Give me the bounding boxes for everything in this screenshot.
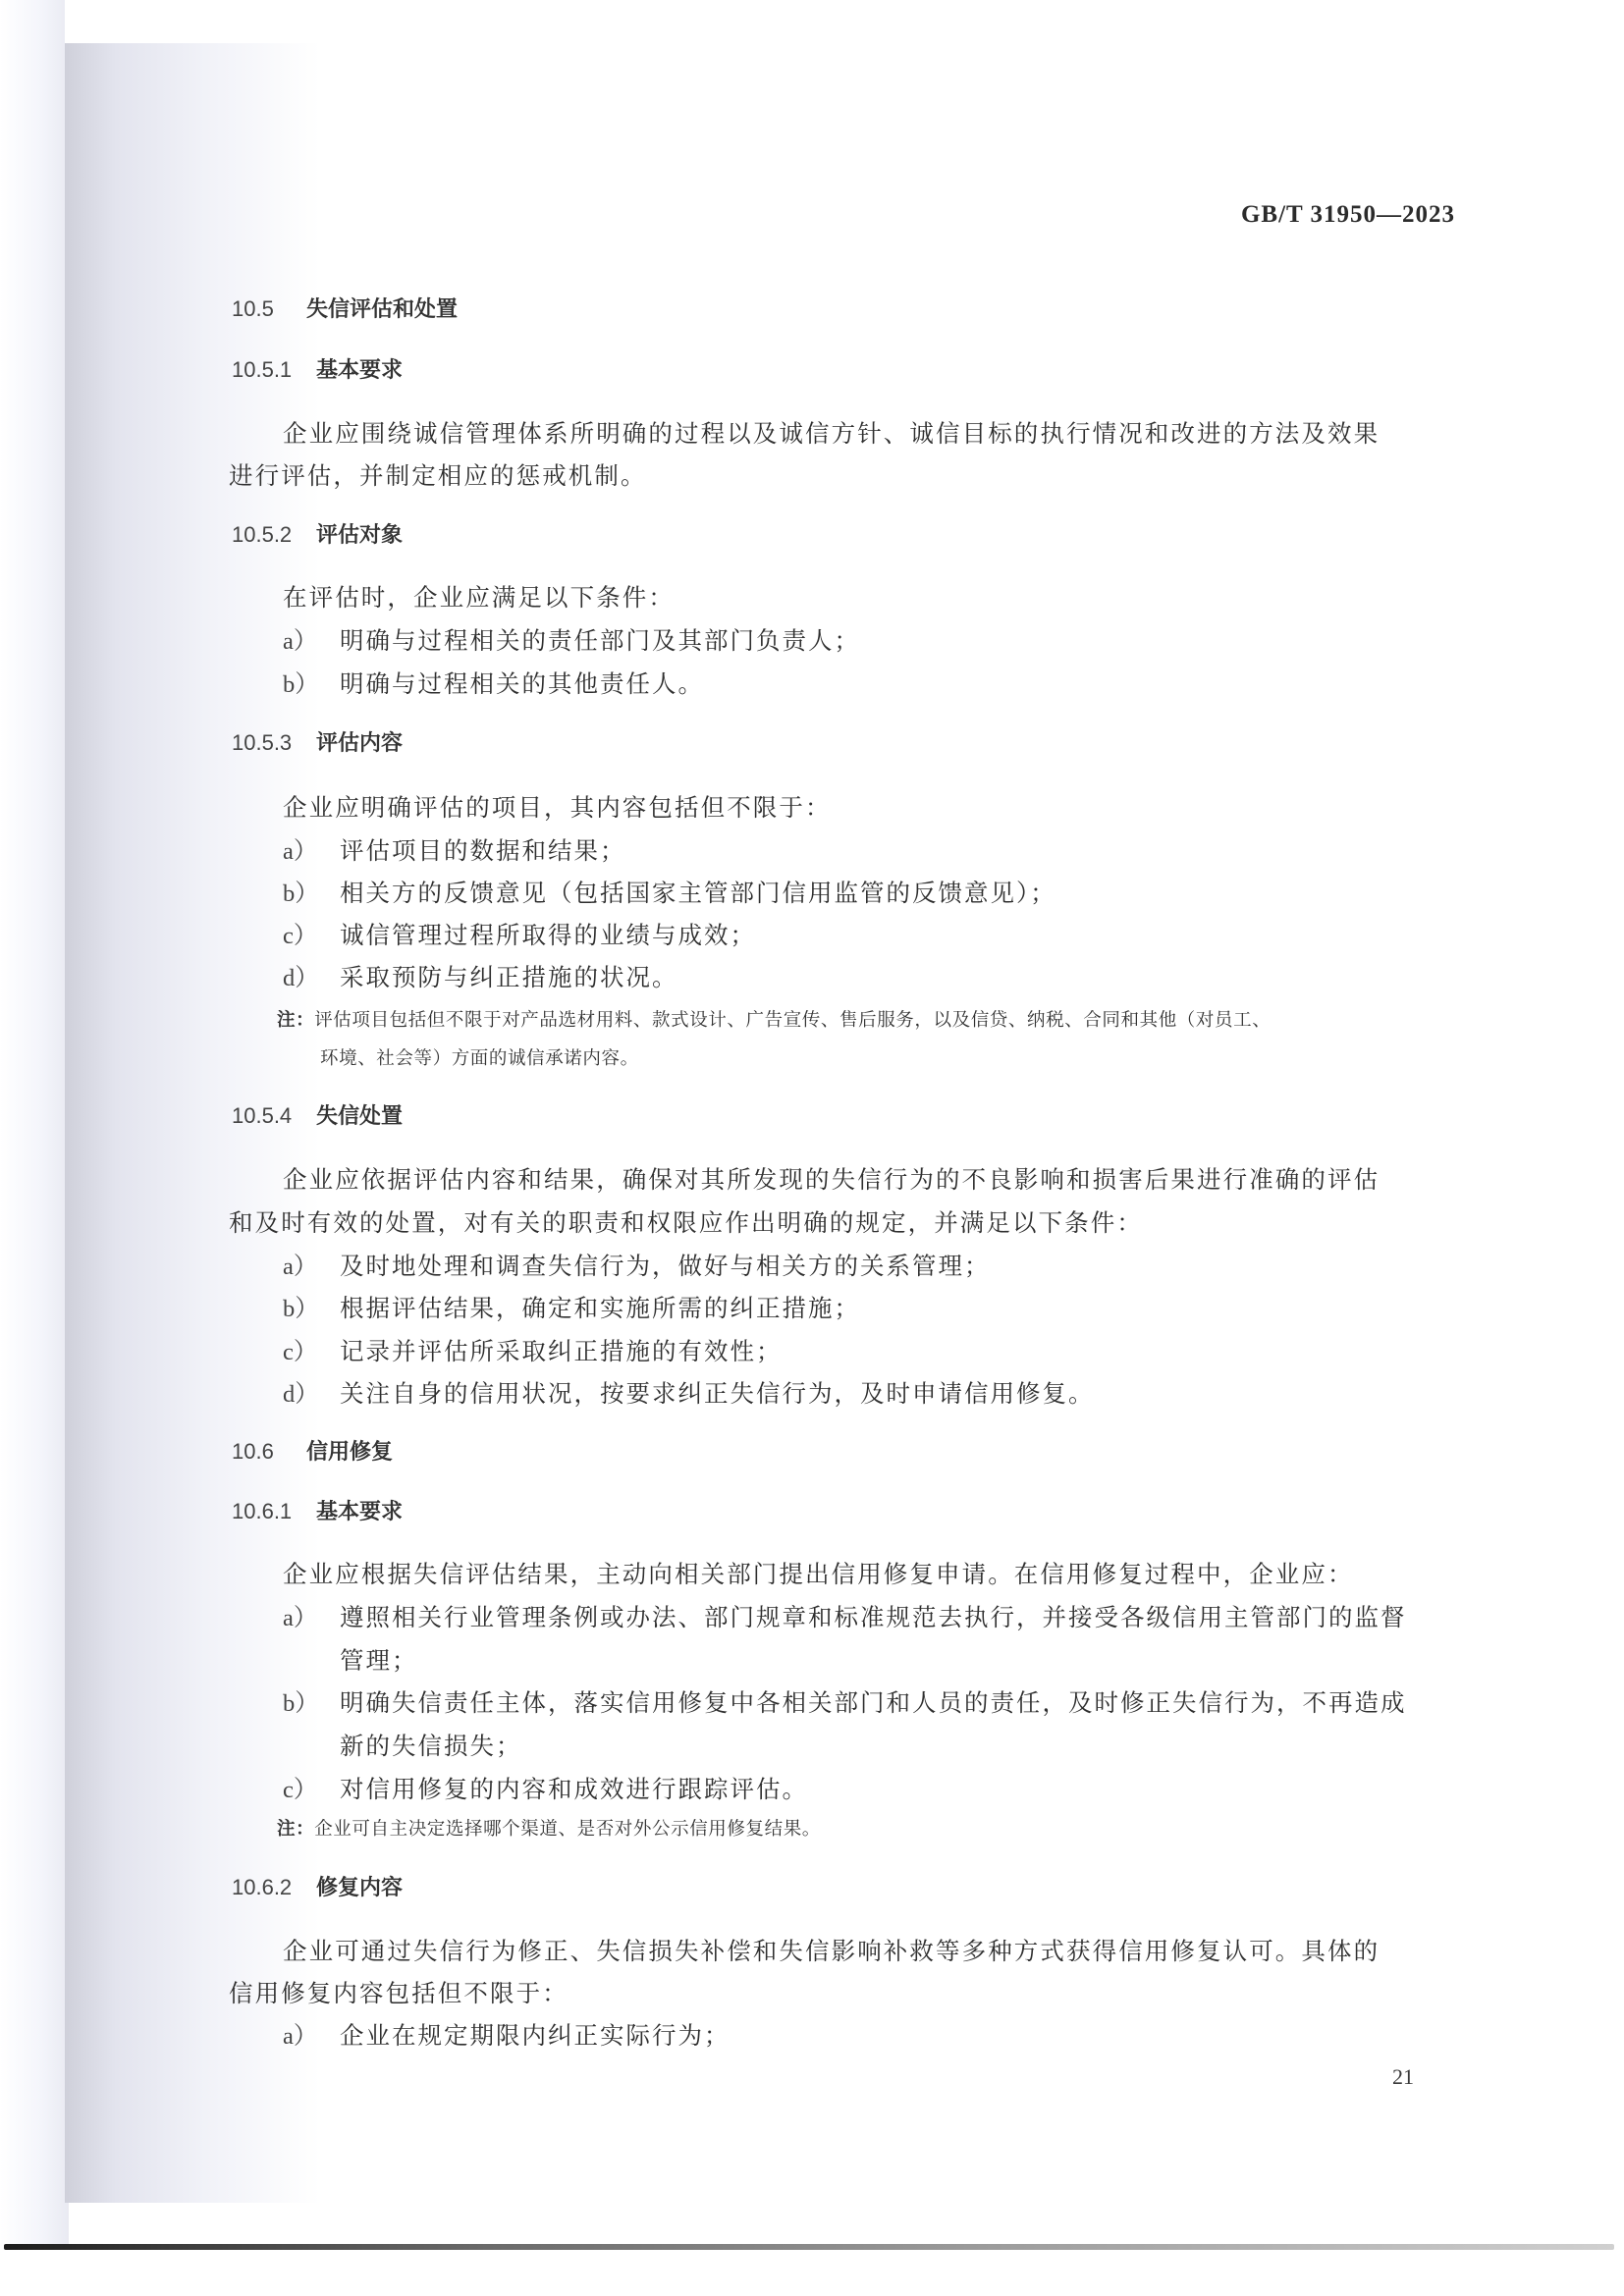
list-marker: b）: [283, 880, 340, 909]
paragraph-line: 信用修复内容包括但不限于：: [229, 1979, 568, 2008]
section-number: 10.5.3: [232, 728, 316, 758]
section-number: 10.5: [232, 294, 306, 324]
paragraph-line: 企业应明确评估的项目，其内容包括但不限于：: [283, 793, 832, 823]
list-item-text: 采取预防与纠正措施的状况。: [340, 963, 678, 991]
list-marker: c）: [283, 1776, 340, 1805]
scan-bottom-margin: [0, 2250, 1624, 2296]
list-item-text: 企业在规定期限内纠正实际行为；: [340, 2021, 731, 2050]
list-item: b）明确与过程相关的其他责任人。: [283, 669, 704, 700]
section-number: 10.5.1: [232, 355, 316, 385]
paragraph-line: 企业应依据评估内容和结果，确保对其所发现的失信行为的不良影响和损害后果进行准确的…: [283, 1165, 1380, 1195]
list-marker: a）: [283, 837, 340, 867]
list-marker: b）: [283, 1689, 340, 1719]
section-number: 10.5.4: [232, 1101, 316, 1131]
note: 注：评估项目包括但不限于对产品选材用料、款式设计、广告宣传、售后服务，以及信贷、…: [277, 1006, 1271, 1036]
note-label: 注：: [277, 1010, 314, 1031]
section-number: 10.6.1: [232, 1497, 316, 1526]
note-text: 评估项目包括但不限于对产品选材用料、款式设计、广告宣传、售后服务，以及信贷、纳税…: [314, 1010, 1271, 1031]
section-heading-10-5-2: 10.5.2评估对象: [232, 520, 403, 551]
section-title: 评估内容: [316, 731, 403, 756]
list-item-text: 明确失信责任主体，落实信用修复中各相关部门和人员的责任，及时修正失信行为，不再造…: [340, 1688, 1407, 1717]
list-item-continuation: 新的失信损失；: [340, 1732, 522, 1761]
list-item: b）相关方的反馈意见（包括国家主管部门信用监管的反馈意见）；: [283, 879, 1056, 909]
list-marker: c）: [283, 1338, 340, 1367]
list-item-text: 评估项目的数据和结果；: [340, 836, 626, 865]
section-title: 基本要求: [316, 358, 403, 383]
list-item: c）记录并评估所采取纠正措施的有效性；: [283, 1337, 783, 1367]
section-number: 10.5.2: [232, 520, 316, 550]
section-title: 修复内容: [316, 1876, 403, 1900]
list-item: a）评估项目的数据和结果；: [283, 836, 626, 867]
paragraph-line: 企业可通过失信行为修正、失信损失补偿和失信影响补救等多种方式获得信用修复认可。具…: [283, 1937, 1380, 1966]
list-item-text: 对信用修复的内容和成效进行跟踪评估。: [340, 1775, 808, 1803]
list-item: a）及时地处理和调查失信行为，做好与相关方的关系管理；: [283, 1252, 991, 1282]
section-heading-10-5-4: 10.5.4失信处置: [232, 1101, 403, 1132]
note-label: 注：: [277, 1819, 314, 1840]
document-page: GB/T 31950—2023 10.5失信评估和处置 10.5.1基本要求 企…: [0, 0, 1624, 2296]
paragraph-line: 企业应围绕诚信管理体系所明确的过程以及诚信方针、诚信目标的执行情况和改进的方法及…: [283, 419, 1380, 449]
list-item: c）诚信管理过程所取得的业绩与成效；: [283, 921, 756, 951]
note-text: 企业可自主决定选择哪个渠道、是否对外公示信用修复结果。: [314, 1819, 821, 1840]
note: 注：企业可自主决定选择哪个渠道、是否对外公示信用修复结果。: [277, 1815, 821, 1844]
page-number: 21: [1392, 2064, 1414, 2090]
list-item: b）根据评估结果，确定和实施所需的纠正措施；: [283, 1294, 860, 1324]
list-item-continuation: 管理；: [340, 1646, 418, 1676]
section-title: 基本要求: [316, 1500, 403, 1524]
list-marker: a）: [283, 627, 340, 657]
list-marker: c）: [283, 922, 340, 951]
section-number: 10.6.2: [232, 1873, 316, 1902]
list-item-text: 记录并评估所采取纠正措施的有效性；: [340, 1337, 783, 1365]
standard-code: GB/T 31950—2023: [1241, 201, 1455, 229]
section-heading-10-5: 10.5失信评估和处置: [232, 294, 458, 325]
list-item-text: 明确与过程相关的其他责任人。: [340, 669, 704, 698]
section-title: 信用修复: [306, 1440, 393, 1465]
list-item-text: 根据评估结果，确定和实施所需的纠正措施；: [340, 1294, 860, 1322]
section-heading-10-6-1: 10.6.1基本要求: [232, 1497, 403, 1527]
paragraph-line: 和及时有效的处置，对有关的职责和权限应作出明确的规定，并满足以下条件：: [229, 1208, 1143, 1238]
section-title: 评估对象: [316, 523, 403, 548]
paragraph-line: 进行评估，并制定相应的惩戒机制。: [229, 461, 647, 491]
section-number: 10.6: [232, 1437, 306, 1467]
section-heading-10-6: 10.6信用修复: [232, 1437, 393, 1468]
list-item-text: 诚信管理过程所取得的业绩与成效；: [340, 921, 756, 949]
list-marker: a）: [283, 1253, 340, 1282]
section-title: 失信处置: [316, 1104, 403, 1129]
list-item-text: 遵照相关行业管理条例或办法、部门规章和标准规范去执行，并接受各级信用主管部门的监…: [340, 1603, 1407, 1631]
list-item: d）采取预防与纠正措施的状况。: [283, 963, 678, 993]
list-item-text: 相关方的反馈意见（包括国家主管部门信用监管的反馈意见）；: [340, 879, 1056, 907]
section-heading-10-6-2: 10.6.2修复内容: [232, 1873, 403, 1903]
section-heading-10-5-1: 10.5.1基本要求: [232, 355, 403, 386]
section-title: 失信评估和处置: [306, 297, 458, 322]
paragraph-line: 企业应根据失信评估结果，主动向相关部门提出信用修复申请。在信用修复过程中，企业应…: [283, 1560, 1354, 1589]
list-item: b）明确失信责任主体，落实信用修复中各相关部门和人员的责任，及时修正失信行为，不…: [283, 1688, 1407, 1719]
list-item: a）遵照相关行业管理条例或办法、部门规章和标准规范去执行，并接受各级信用主管部门…: [283, 1603, 1407, 1633]
list-item-text: 关注自身的信用状况，按要求纠正失信行为，及时申请信用修复。: [340, 1379, 1095, 1408]
paragraph-line: 在评估时，企业应满足以下条件：: [283, 583, 675, 613]
list-marker: b）: [283, 1295, 340, 1324]
list-item: a）企业在规定期限内纠正实际行为；: [283, 2021, 731, 2052]
note-continuation: 环境、社会等）方面的诚信承诺内容。: [320, 1044, 639, 1074]
list-item-text: 及时地处理和调查失信行为，做好与相关方的关系管理；: [340, 1252, 991, 1280]
list-marker: d）: [283, 964, 340, 993]
list-item: a）明确与过程相关的责任部门及其部门负责人；: [283, 626, 860, 657]
list-marker: a）: [283, 1604, 340, 1633]
list-marker: b）: [283, 670, 340, 700]
list-marker: d）: [283, 1380, 340, 1410]
list-marker: a）: [283, 2022, 340, 2052]
list-item: c）对信用修复的内容和成效进行跟踪评估。: [283, 1775, 808, 1805]
section-heading-10-5-3: 10.5.3评估内容: [232, 728, 403, 759]
list-item-text: 明确与过程相关的责任部门及其部门负责人；: [340, 626, 860, 655]
list-item: d）关注自身的信用状况，按要求纠正失信行为，及时申请信用修复。: [283, 1379, 1095, 1410]
